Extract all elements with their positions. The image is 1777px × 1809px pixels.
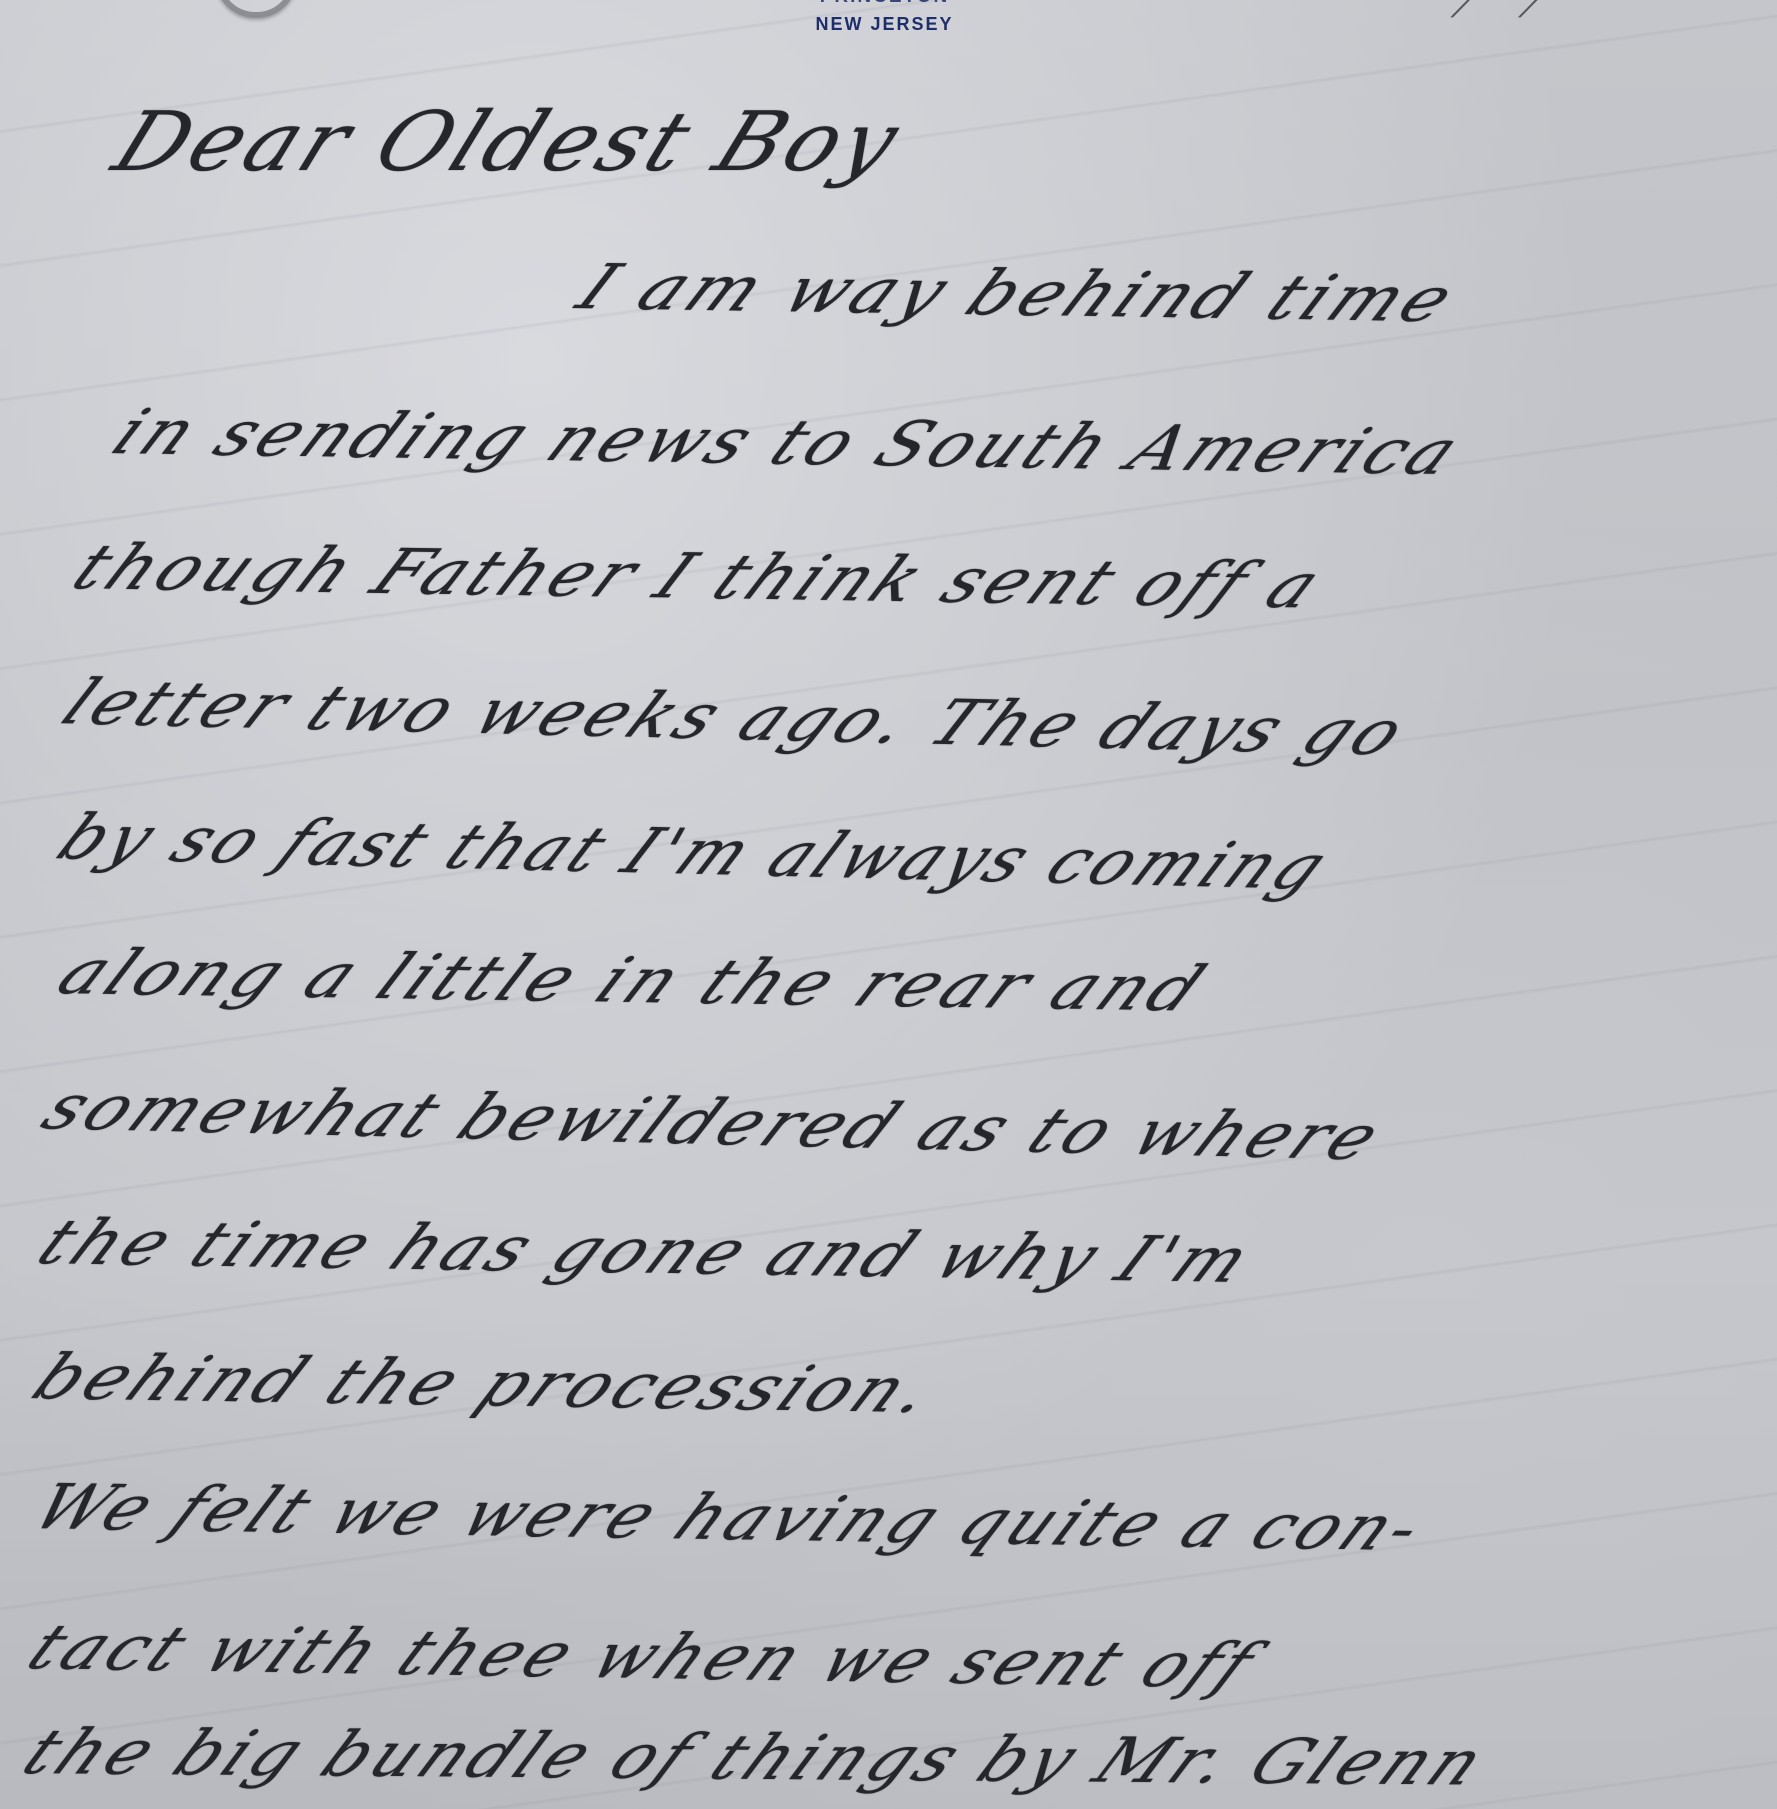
letter-line-7: somewhat bewildered as to where	[30, 1070, 1399, 1174]
letter-line-8: the time has gone and why I'm	[25, 1205, 1268, 1297]
salutation: Dear Oldest Boy	[101, 95, 916, 190]
letter-line-10: We felt we were having quite a con-	[20, 1470, 1441, 1565]
letter-line-11: tact with thee when we sent off	[15, 1610, 1272, 1702]
letter-page: PRINCETON NEW JERSEY / / Dear Oldest Boy…	[0, 0, 1777, 1809]
letter-line-4: letter two weeks ago. The days go	[50, 665, 1423, 770]
letter-line-9: behind the procession.	[20, 1340, 952, 1427]
letter-line-3: though Father I think sent off a	[60, 530, 1339, 622]
letter-line-12: the big bundle of things by Mr. Glenn	[10, 1715, 1501, 1800]
letter-line-5: by so fast that I'm always coming	[45, 800, 1345, 904]
letter-line-2: in sending news to South America	[100, 395, 1477, 489]
date-fragment: / /	[1450, 0, 1571, 23]
letter-line-1: I am way behind time	[565, 250, 1472, 336]
letter-line-6: along a little in the rear and	[45, 935, 1222, 1026]
